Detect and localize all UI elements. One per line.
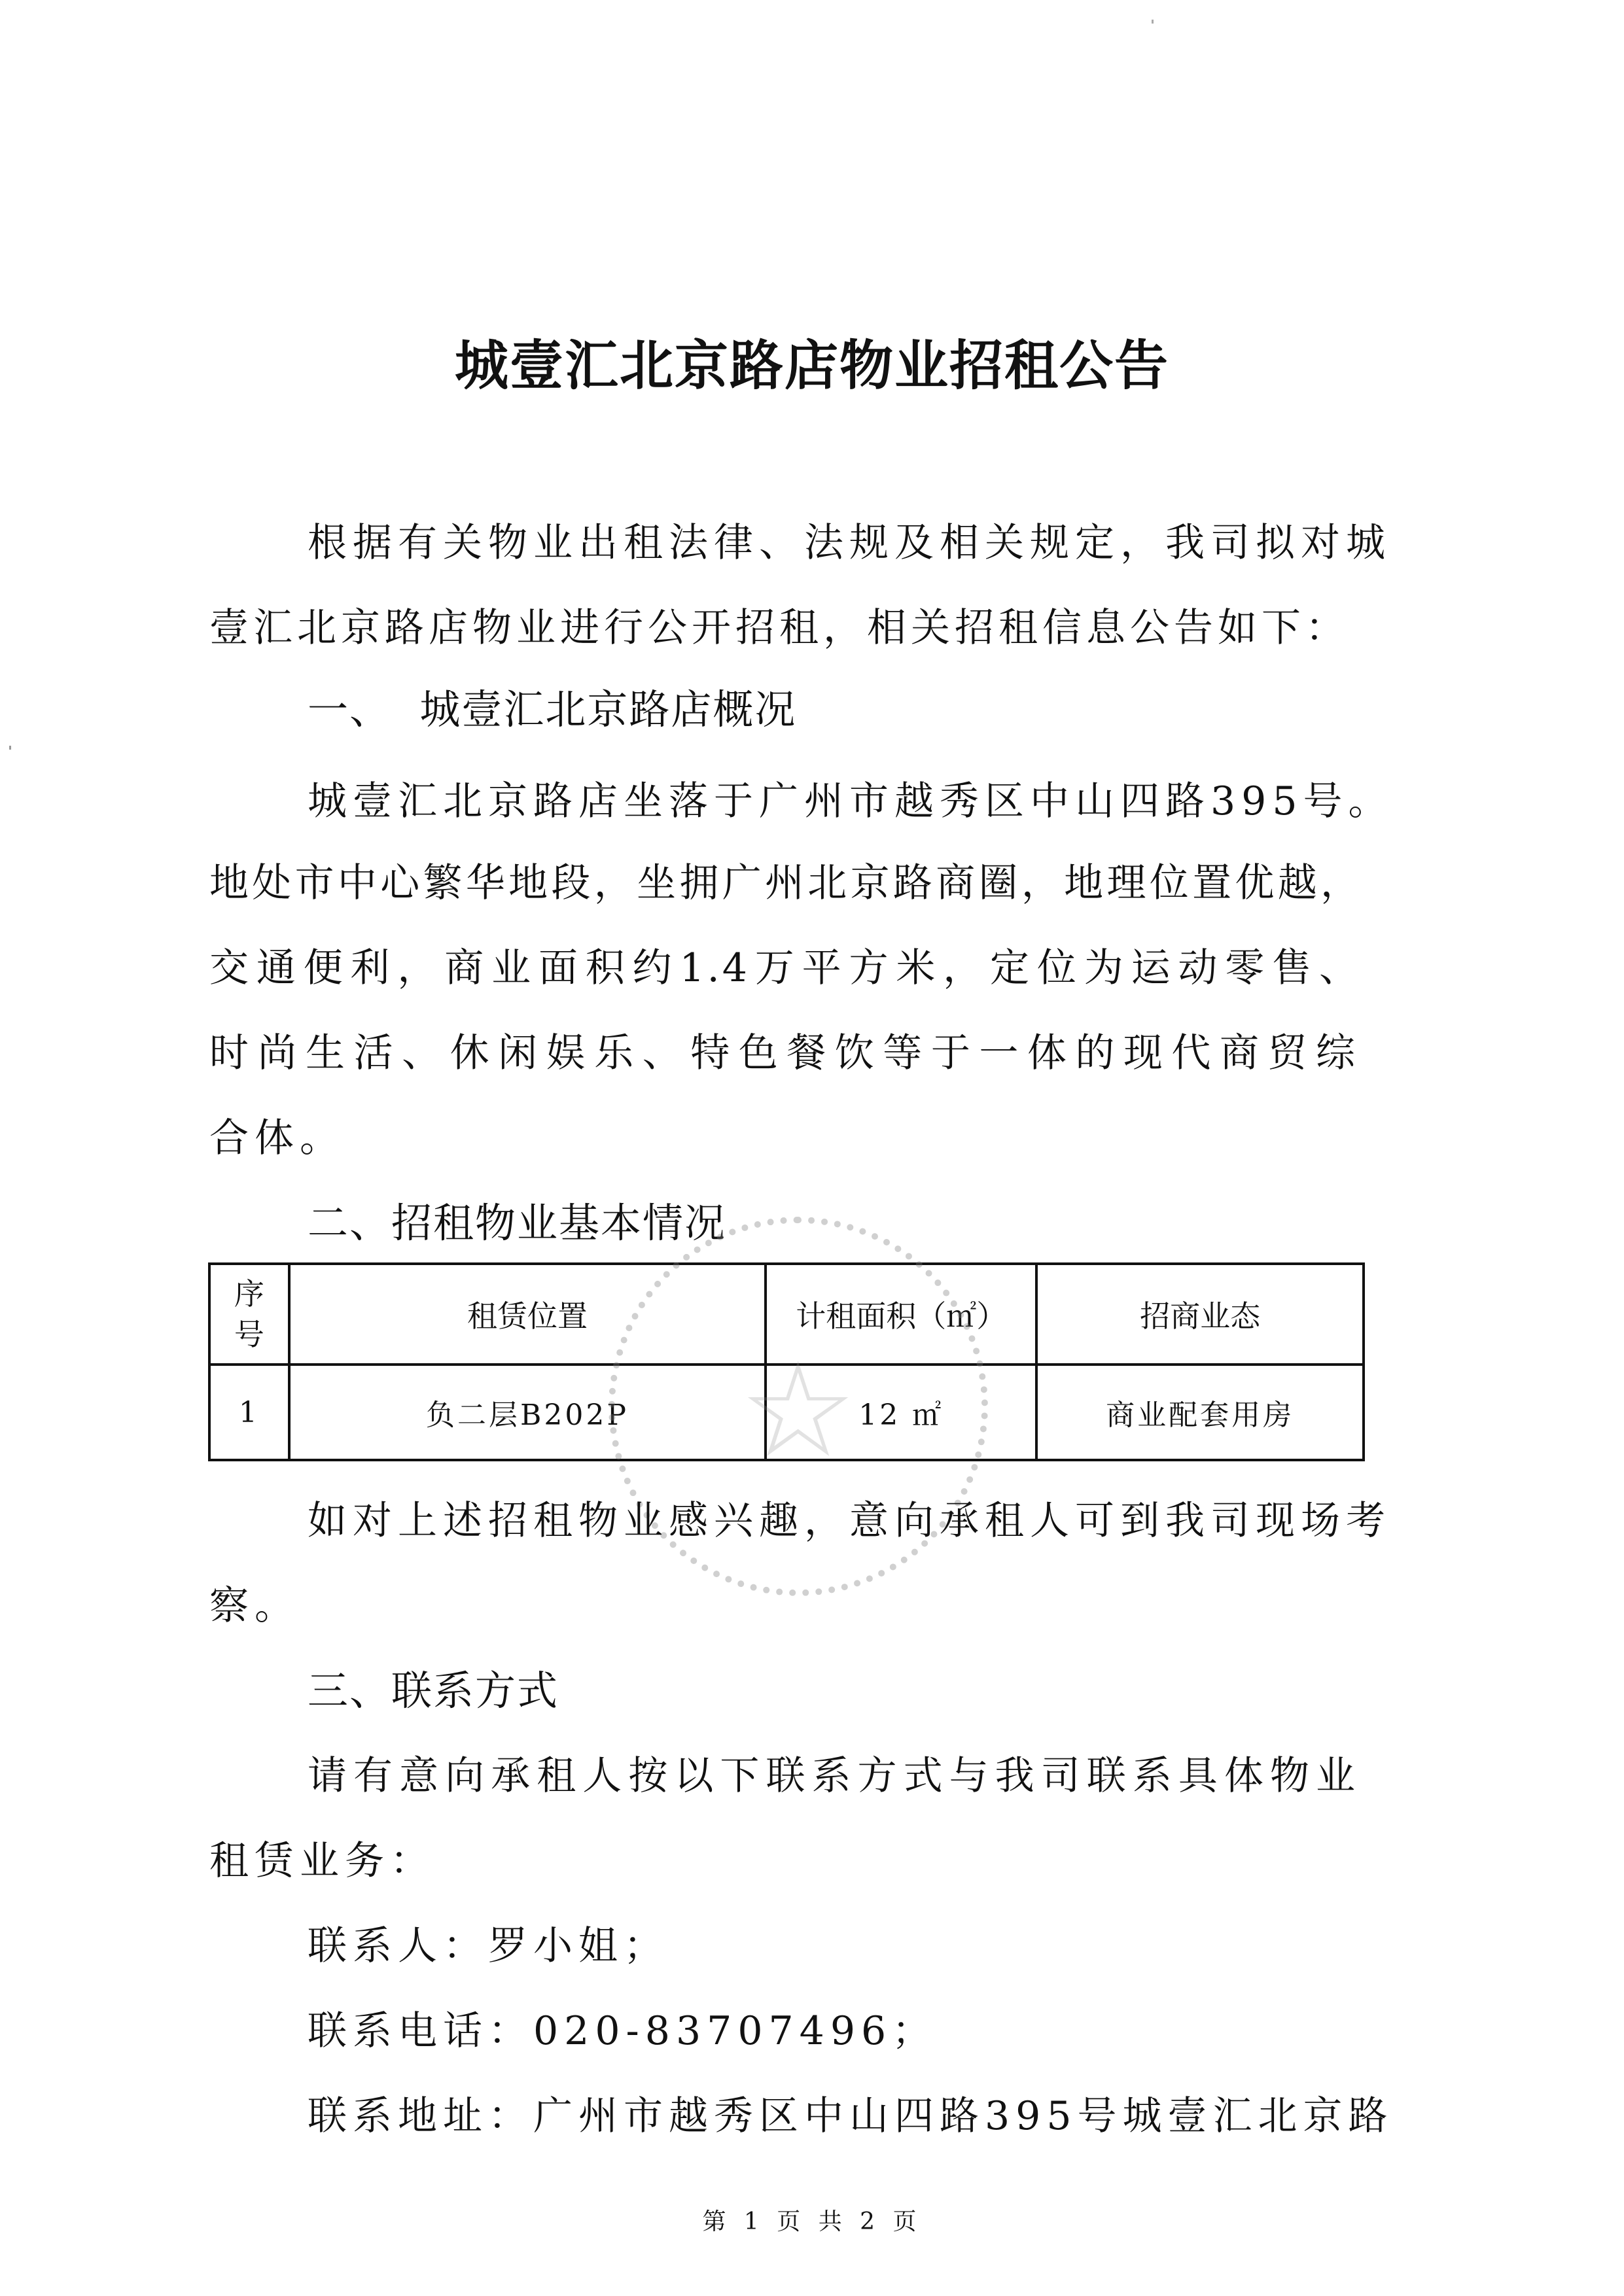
cell-location: 负二层B202P xyxy=(289,1365,766,1460)
section-1-line-3: 交通便利，商业面积约1.4万平方米，定位为运动零售、 xyxy=(209,942,1361,994)
intro-line-2: 壹汇北京路店物业进行公开招租，相关招租信息公告如下： xyxy=(209,602,1349,654)
cell-business-type: 商业配套用房 xyxy=(1036,1365,1364,1460)
section-3-heading: 三、联系方式 xyxy=(308,1665,559,1717)
section-3-line-2: 租赁业务： xyxy=(209,1835,435,1887)
cell-area: 12 ㎡ xyxy=(766,1365,1036,1460)
page-number-footer: 第 1 页 共 2 页 xyxy=(0,2203,1624,2236)
header-business-type: 招商业态 xyxy=(1036,1264,1364,1365)
section-1-line-1: 城壹汇北京路店坐落于广州市越秀区中山四路395号。 xyxy=(308,775,1361,827)
section-2-after-line-2: 察。 xyxy=(209,1580,300,1632)
header-area: 计租面积（㎡） xyxy=(766,1264,1036,1365)
table-row: 1 负二层B202P 12 ㎡ 商业配套用房 xyxy=(209,1365,1364,1460)
section-3-line-1: 请有意向承租人按以下联系方式与我司联系具体物业 xyxy=(308,1750,1361,1802)
contact-person: 联系人：罗小姐； xyxy=(308,1920,669,1972)
rental-property-table: 序号 租赁位置 计租面积（㎡） 招商业态 1 负二层B202P 12 ㎡ 商业配… xyxy=(208,1262,1365,1461)
cell-seq: 1 xyxy=(209,1365,289,1460)
section-1-line-5: 合体。 xyxy=(209,1112,345,1164)
page-title: 城壹汇北京路店物业招租公告 xyxy=(0,330,1624,402)
section-1-line-4: 时尚生活、休闲娱乐、特色餐饮等于一体的现代商贸综 xyxy=(209,1027,1361,1079)
section-2-heading: 二、招租物业基本情况 xyxy=(308,1197,726,1249)
margin-mark xyxy=(9,746,11,750)
contact-address: 联系地址：广州市越秀区中山四路395号城壹汇北京路 xyxy=(308,2090,1361,2142)
section-1-heading: 一、 城壹汇北京路店概况 xyxy=(308,684,796,736)
margin-mark xyxy=(1152,20,1154,24)
header-location: 租赁位置 xyxy=(289,1264,766,1365)
section-2-after-line-1: 如对上述招租物业感兴趣，意向承租人可到我司现场考 xyxy=(308,1495,1361,1547)
contact-phone: 联系电话：020-83707496； xyxy=(308,2005,937,2057)
header-seq: 序号 xyxy=(209,1264,289,1365)
table-header-row: 序号 租赁位置 计租面积（㎡） 招商业态 xyxy=(209,1264,1364,1365)
intro-line-1: 根据有关物业出租法律、法规及相关规定，我司拟对城 xyxy=(308,517,1361,569)
section-1-line-2: 地处市中心繁华地段，坐拥广州北京路商圈，地理位置优越， xyxy=(209,857,1361,909)
